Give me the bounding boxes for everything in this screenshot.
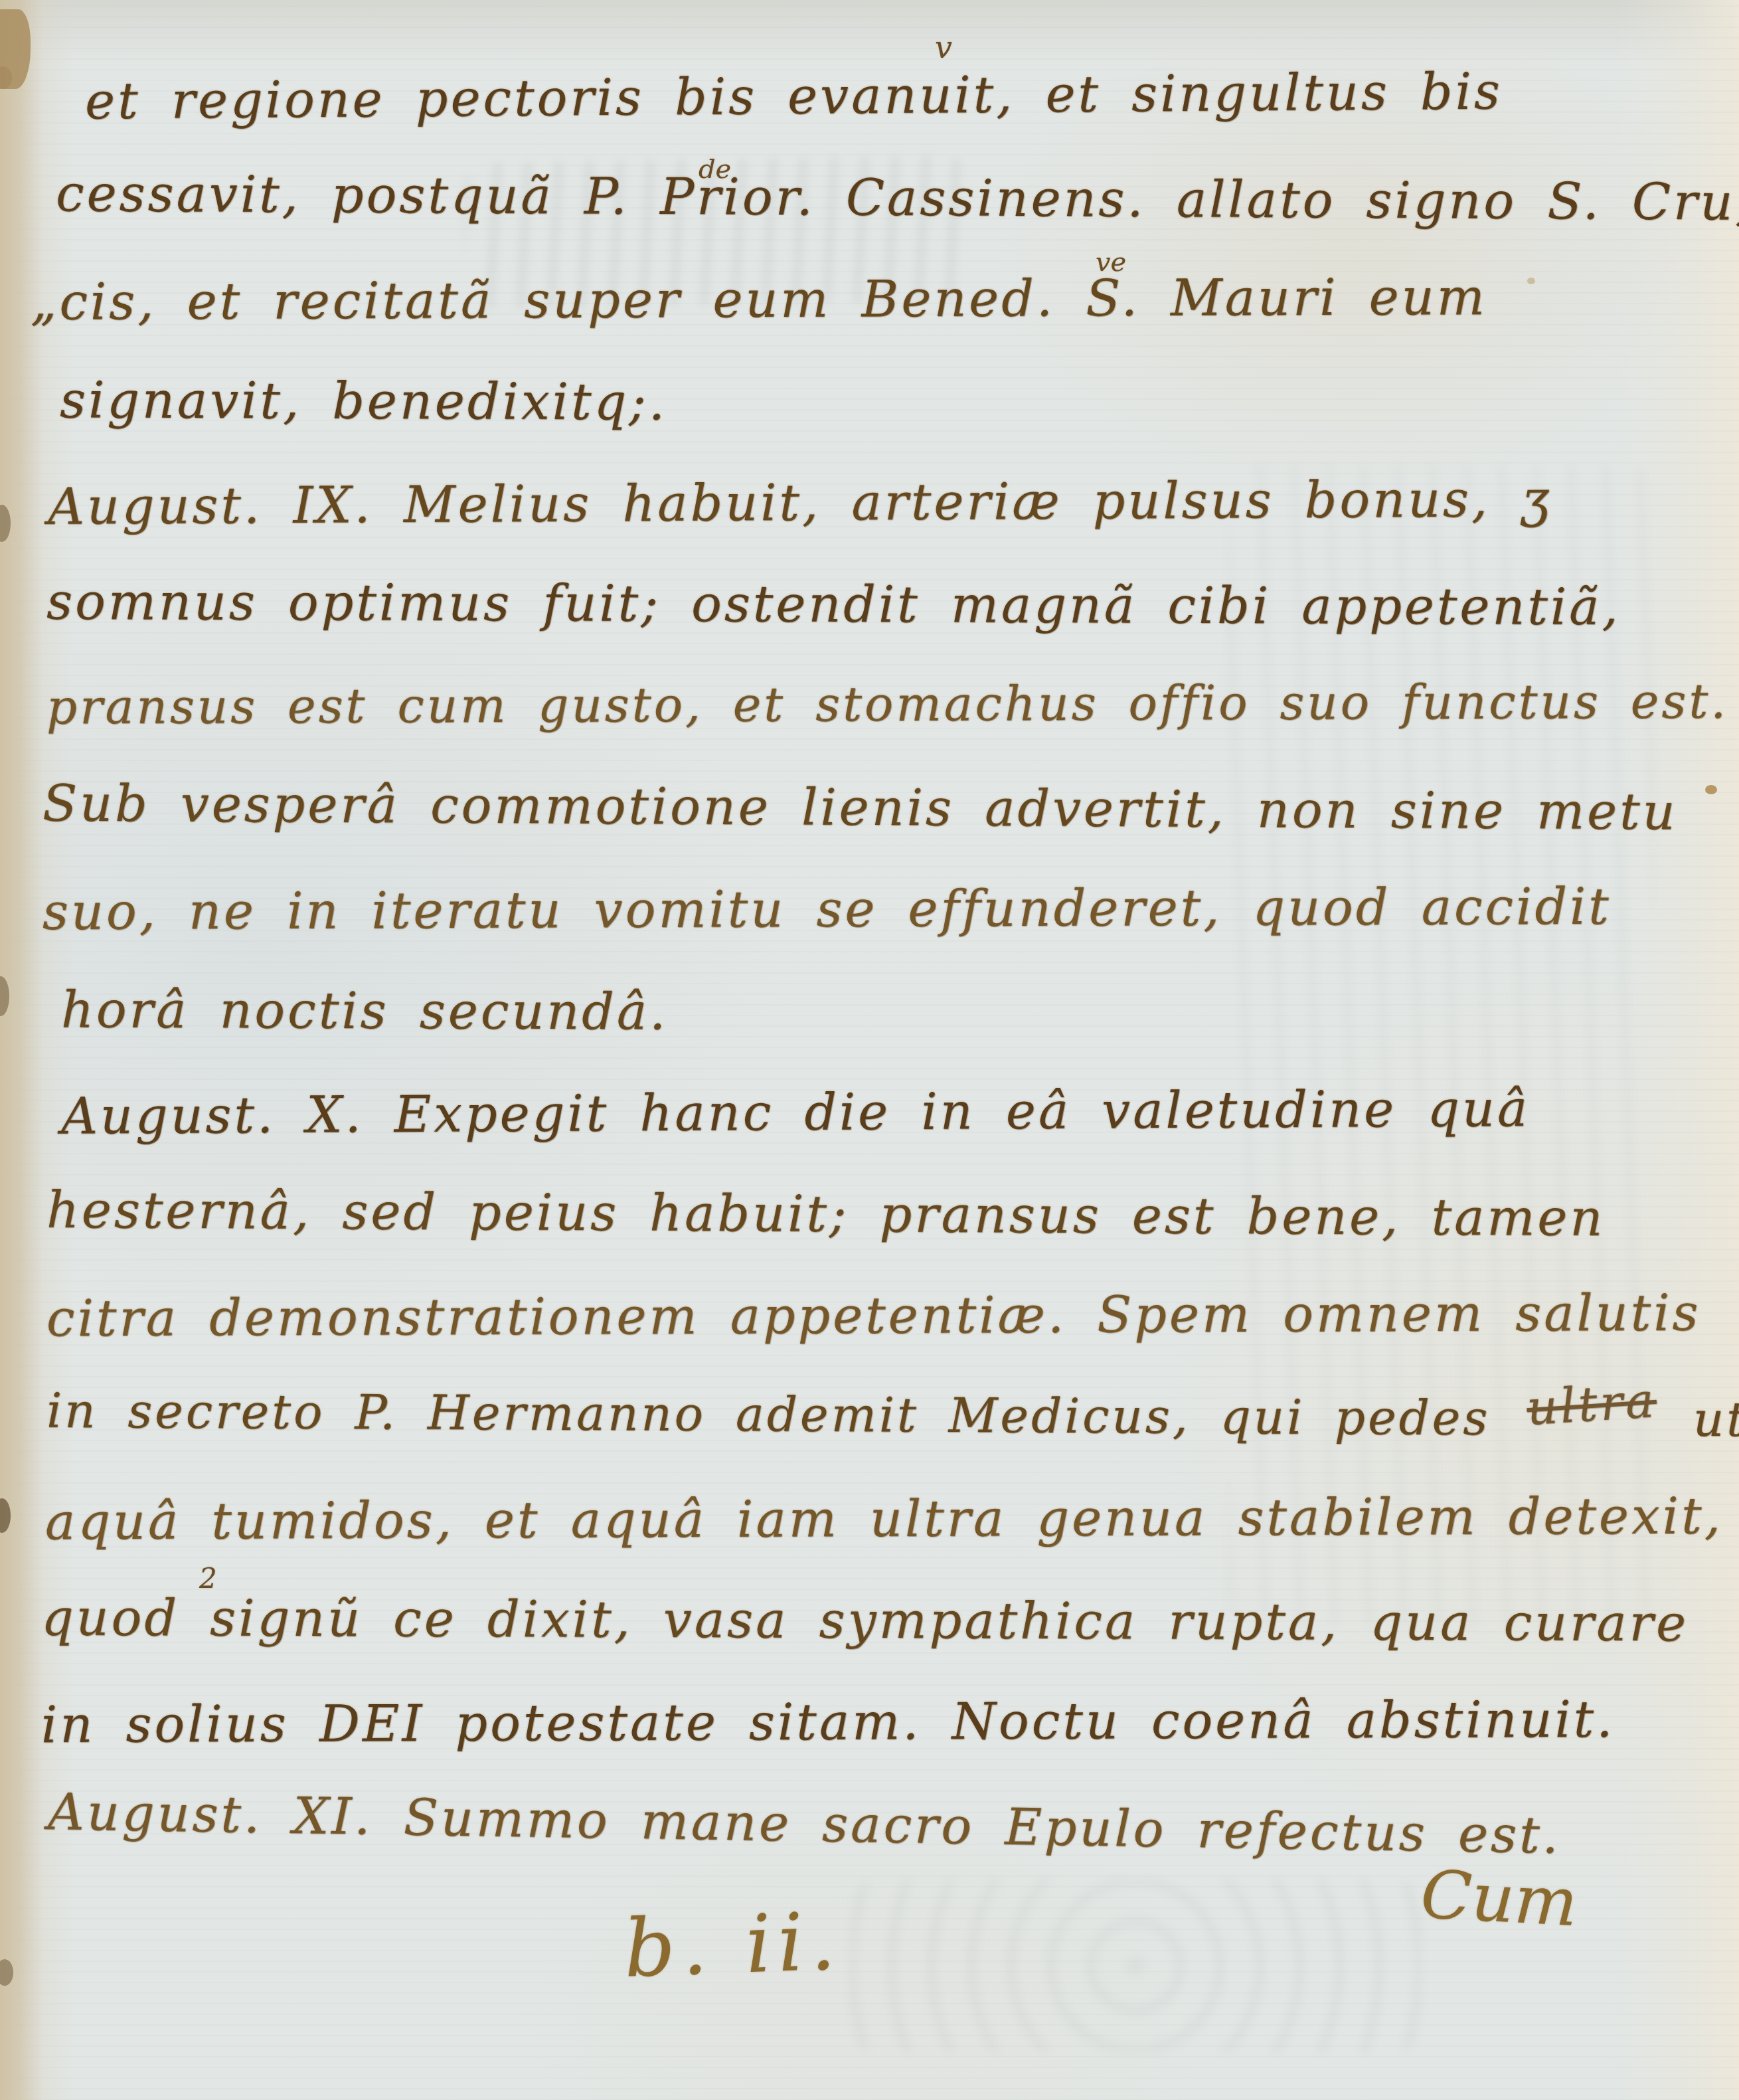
manuscript-line-4: signavit, benedixitq;.: [60, 370, 667, 431]
struck-out-word: ultra: [1525, 1372, 1659, 1436]
manuscript-line-5: August. IX. Melius habuit, arteriæ pulsu…: [48, 469, 1552, 536]
ink-stain: [1705, 785, 1717, 794]
manuscript-line-13: citra demonstrationem appetentiæ. Spem o…: [46, 1283, 1701, 1348]
manuscript-line-9: suo, ne in iteratu vomitu se effunderet,…: [42, 877, 1612, 941]
manuscript-line-2: cessavit, postquã P. Prior. Cassinens. a…: [56, 163, 1739, 231]
manuscript-line-6: somnus optimus fuit; ostendit magnã cibi…: [46, 572, 1621, 636]
line-14-text-after-correction: utrâq;: [1693, 1391, 1739, 1448]
line-14-text: in secreto P. Hermanno ademit Medicus, q…: [46, 1383, 1491, 1446]
showthrough-ghost: [1228, 465, 1653, 1627]
manuscript-line-16: quod signũ ce dixit, vasa sympathica rup…: [41, 1588, 1689, 1653]
manuscript-line-18: August. XI. Summo mane sacro Epulo refec…: [47, 1782, 1561, 1865]
manuscript-line-7: pransus est cum gusto, et stomachus offi…: [46, 673, 1728, 735]
manuscript-line-12: hesternâ, sed peius habuit; pransus est …: [46, 1180, 1606, 1247]
catchword: Cum: [1419, 1856, 1580, 1941]
showthrough-ghost: [850, 1880, 1421, 2052]
ink-stain: [1527, 278, 1535, 284]
quire-signature: b. ii.: [623, 1895, 844, 1995]
binding-corner-wear: [0, 9, 31, 89]
superscript-abbreviation: 2: [199, 1562, 217, 1595]
manuscript-line-15: aquâ tumidos, et aquâ iam ultra genua st…: [45, 1486, 1723, 1551]
manuscript-line-11: August. X. Expegit hanc die in eâ valetu…: [61, 1079, 1531, 1146]
manuscript-line-17: in solius DEI potestate sitam. Noctu coe…: [41, 1690, 1615, 1754]
superscript-abbreviation: ve: [1096, 247, 1126, 278]
manuscript-line-8: Sub vesperâ commotione lienis advertit, …: [42, 774, 1678, 841]
manuscript-line-1: et regione pectoris bis evanuit, et sing…: [85, 62, 1503, 131]
interlinear-insertion-mark: v: [935, 29, 952, 65]
manuscript-line-14: in secreto P. Hermanno ademit Medicus, q…: [46, 1383, 1739, 1448]
manuscript-line-3: „cis, et recitatã super eum Bened. S. Ma…: [31, 267, 1487, 331]
manuscript-line-10: horâ noctis secundâ.: [61, 980, 669, 1041]
superscript-abbreviation: de: [699, 154, 731, 185]
manuscript-page: et regione pectoris bis evanuit, et sing…: [0, 0, 1739, 2100]
